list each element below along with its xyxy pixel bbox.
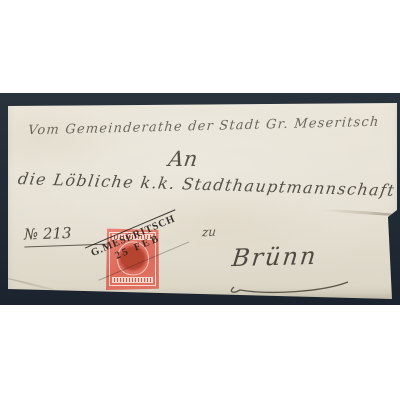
salutation-an: An: [146, 147, 219, 171]
photo-frame: Vom Gemeinderathe der Stadt Gr. Meserits…: [0, 0, 400, 400]
destination-bruenn: Brünn: [230, 242, 319, 272]
addressee-line: die Löbliche k.k. Stadthauptmannschaft: [17, 169, 397, 200]
photo-background: Vom Gemeinderathe der Stadt Gr. Meserits…: [0, 93, 400, 305]
sender-line: Vom Gemeinderathe der Stadt Gr. Meserits…: [27, 115, 380, 139]
folded-letter-cover: Vom Gemeinderathe der Stadt Gr. Meserits…: [8, 103, 397, 299]
destination-underline-flourish: [224, 279, 354, 295]
fold-crease-right: [321, 208, 400, 217]
fold-crease-left: [3, 276, 73, 295]
stamp-bottom-inscription-band: [112, 277, 153, 283]
preposition-zu: zu: [202, 224, 217, 239]
reference-number-text: № 213: [24, 224, 72, 244]
